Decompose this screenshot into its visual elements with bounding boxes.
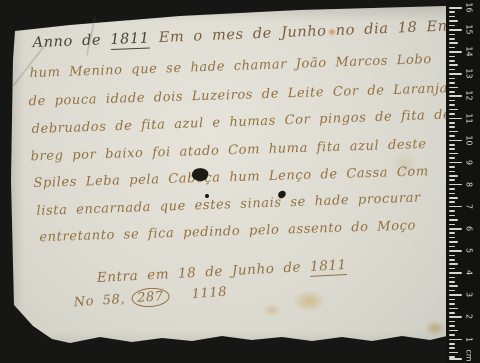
ruler-label: 7 [465, 198, 474, 214]
ruler-tick [449, 232, 455, 234]
ruler-label: 1 [465, 331, 474, 347]
ruler-tick [449, 144, 455, 146]
ruler-tick [449, 343, 455, 345]
archival-ruler: 16151413121110987654321cm [446, 0, 480, 363]
ruler-tick [449, 358, 462, 360]
ruler-tick [449, 100, 455, 102]
ruler-tick [449, 29, 462, 31]
text-segment: 1118 [191, 285, 227, 302]
ruler-label: 13 [465, 66, 474, 82]
ruler-label: 3 [465, 287, 474, 303]
ruler-tick [449, 51, 462, 53]
ruler-tick [449, 228, 462, 230]
ruler-tick [449, 122, 455, 124]
ruler-tick [449, 241, 458, 243]
ruler-tick [449, 312, 455, 314]
ruler-tick [449, 303, 455, 305]
paper-stain [262, 303, 282, 317]
ruler-tick [449, 259, 455, 261]
ruler-tick [449, 16, 455, 18]
ruler-label: cm [465, 348, 474, 363]
ruler-tick [449, 7, 462, 9]
ruler-tick [449, 325, 455, 327]
ruler-label: 12 [465, 88, 474, 104]
ruler-tick [449, 64, 458, 66]
text-segment: Anno de [32, 32, 110, 51]
ruler-tick [449, 352, 458, 354]
ruler-label: 10 [465, 132, 474, 148]
ruler-tick [449, 290, 455, 292]
paper-stain [424, 320, 446, 336]
ruler-label: 6 [465, 221, 474, 237]
ruler-tick [449, 135, 455, 137]
ruler-tick [449, 95, 462, 97]
ruler-tick [449, 171, 455, 173]
ruler-tick [449, 126, 455, 128]
ruler-tick [449, 347, 455, 349]
ruler-label: 2 [465, 309, 474, 325]
ruler-tick [449, 109, 458, 111]
ruler-label: 15 [465, 22, 474, 38]
ruler-tick [449, 179, 455, 181]
ruler-tick [449, 255, 455, 257]
ruler-label: 14 [465, 44, 474, 60]
ruler-label: 5 [465, 243, 474, 259]
ruler-tick [449, 272, 462, 274]
ink-blot [205, 194, 209, 198]
ruler-tick [449, 34, 455, 36]
ruler-tick [449, 219, 458, 221]
ruler-tick [449, 237, 455, 239]
ruler-tick [449, 20, 458, 22]
text-segment: 1811 [310, 257, 348, 277]
ruler-tick [449, 197, 458, 199]
ruler-tick [449, 73, 462, 75]
ruler-tick [449, 118, 462, 120]
ruler-tick [449, 334, 455, 336]
ruler-label: 9 [465, 154, 474, 170]
ruler-label: 11 [465, 110, 474, 126]
ruler-tick [449, 250, 462, 252]
ruler-label: 16 [465, 0, 474, 16]
ruler-tick [449, 339, 462, 341]
ruler-tick [449, 69, 455, 71]
ruler-tick [449, 166, 455, 168]
ruler-tick [449, 184, 462, 186]
ruler-label: 8 [465, 176, 474, 192]
ruler-tick [449, 210, 455, 212]
ruler-tick [449, 11, 455, 13]
ruler-tick [449, 78, 455, 80]
ruler-tick [449, 131, 458, 133]
ruler-tick [449, 113, 455, 115]
ruler-tick [449, 285, 458, 287]
ruler-tick [449, 38, 455, 40]
ruler-tick [449, 224, 455, 226]
ruler-tick [449, 87, 458, 89]
scanned-document-view: Anno de 1811 Em o mes de Junho no dia 18… [0, 0, 480, 363]
ruler-tick [449, 153, 458, 155]
ruler-tick [449, 104, 455, 106]
ruler-tick [449, 56, 455, 58]
ruler-tick [449, 299, 455, 301]
ruler-tick [449, 277, 455, 279]
ruler-tick [449, 140, 462, 142]
ruler-tick [449, 175, 458, 177]
ruler-tick [449, 281, 455, 283]
ruler-tick [449, 91, 455, 93]
ruler-tick [449, 60, 455, 62]
ruler-tick [449, 308, 458, 310]
ruler-tick [449, 42, 458, 44]
ruler-tick [449, 246, 455, 248]
ruler-tick [449, 263, 458, 265]
ruler-tick [449, 215, 455, 217]
paper-stain [292, 290, 326, 312]
ruler-tick [449, 321, 455, 323]
ruler-tick [449, 193, 455, 195]
ruler-tick [449, 316, 462, 318]
ruler-tick [449, 157, 455, 159]
ruler-tick [449, 294, 462, 296]
ruler-tick [449, 188, 455, 190]
ruler-tick [449, 201, 455, 203]
ruler-tick [449, 162, 462, 164]
ruler-tick [449, 330, 458, 332]
ruler-tick [449, 47, 455, 49]
ruler-tick [449, 268, 455, 270]
ruler-tick [449, 25, 455, 27]
ruler-label: 4 [465, 265, 474, 281]
ruler-tick [449, 148, 455, 150]
ruler-tick [449, 82, 455, 84]
text-segment: 1811 [110, 30, 150, 50]
ruler-tick [449, 206, 462, 208]
